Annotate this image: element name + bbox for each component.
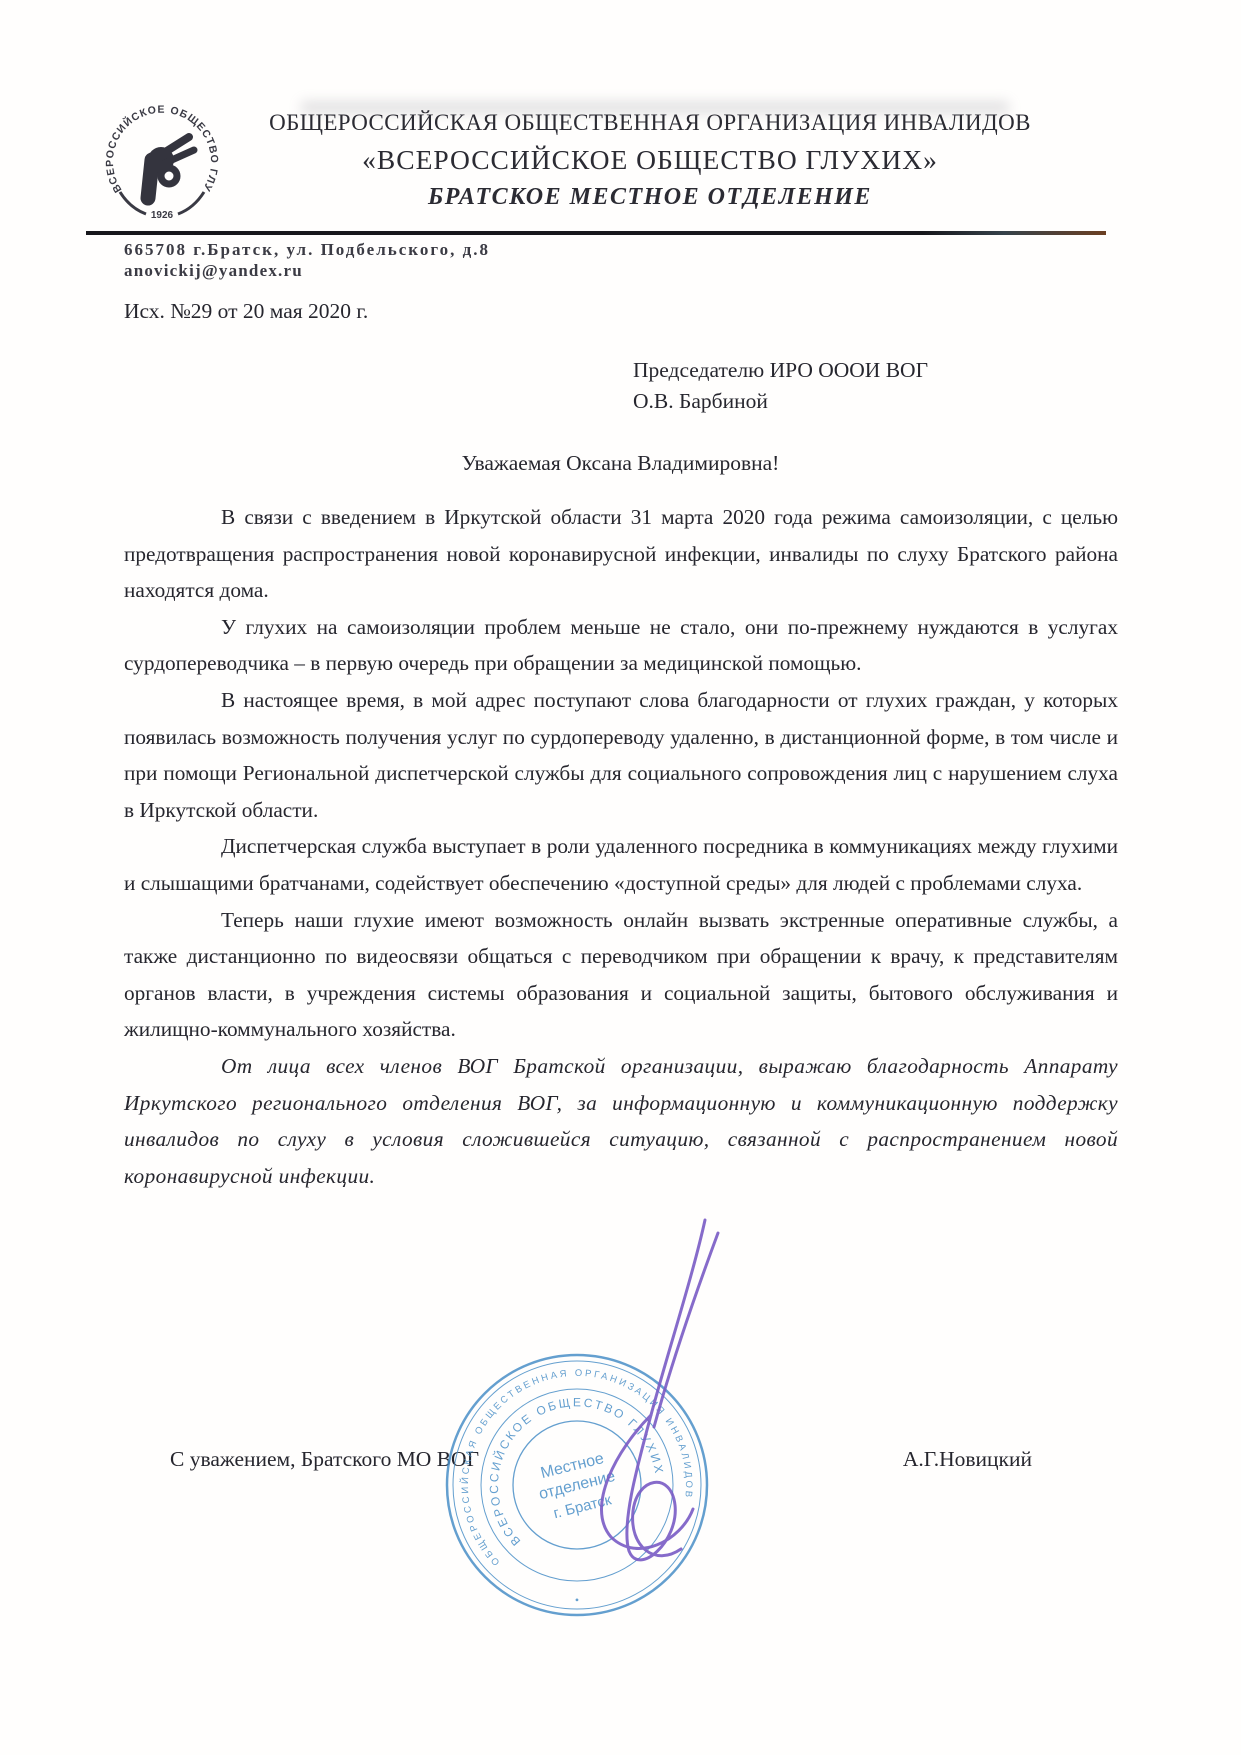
letterhead: ОБЩЕРОССИЙСКАЯ ОБЩЕСТВЕННАЯ ОРГАНИЗАЦИЯ … — [230, 110, 1070, 211]
org-email: anovickij@yandex.ru — [124, 260, 490, 281]
paragraph: Диспетчерская служба выступает в роли уд… — [124, 828, 1118, 901]
logo-laurel-right — [178, 192, 204, 214]
vog-logo-icon: ВСЕРОССИЙСКОЕ ОБЩЕСТВО ГЛУХИХ 1926 — [100, 96, 224, 226]
org-address: 665708 г.Братск, ул. Подбельского, д.8 — [124, 239, 490, 260]
paragraph-gratitude: От лица всех членов ВОГ Братской организ… — [124, 1048, 1118, 1194]
paragraph: В настоящее время, в мой адрес поступают… — [124, 682, 1118, 828]
paragraph: В связи с введением в Иркутской области … — [124, 499, 1118, 609]
recipient-block: Председателю ИРО ОООИ ВОГ О.В. Барбиной — [633, 355, 928, 416]
recipient-line-1: Председателю ИРО ОООИ ВОГ — [633, 355, 928, 386]
salutation: Уважаемая Оксана Владимировна! — [0, 451, 1241, 476]
letter-body: В связи с введением в Иркутской области … — [124, 499, 1118, 1194]
outgoing-ref: Исх. №29 от 20 мая 2020 г. — [124, 299, 368, 324]
recipient-line-2: О.В. Барбиной — [633, 386, 928, 417]
paragraph: Теперь наши глухие имеют возможность онл… — [124, 902, 1118, 1048]
stamp-separator: • — [575, 1593, 579, 1607]
closing-left: С уважением, Братского МО ВОГ — [170, 1447, 479, 1472]
org-name-line-1: ОБЩЕРОССИЙСКАЯ ОБЩЕСТВЕННАЯ ОРГАНИЗАЦИЯ … — [230, 110, 1070, 136]
org-contact-block: 665708 г.Братск, ул. Подбельского, д.8 a… — [124, 239, 490, 281]
paragraph: У глухих на самоизоляции проблем меньше … — [124, 609, 1118, 682]
hand-sign-icon — [148, 137, 194, 198]
signature-icon — [555, 1205, 835, 1595]
org-name-line-3: БРАТСКОЕ МЕСТНОЕ ОТДЕЛЕНИЕ — [230, 184, 1070, 211]
signatory-name: А.Г.Новицкий — [903, 1447, 1032, 1472]
org-name-line-2: «ВСЕРОССИЙСКОЕ ОБЩЕСТВО ГЛУХИХ» — [230, 144, 1070, 176]
header-rule — [86, 231, 1106, 235]
logo-year: 1926 — [151, 210, 174, 221]
scanned-letter-page: ВСЕРОССИЙСКОЕ ОБЩЕСТВО ГЛУХИХ 1926 ОБЩЕР… — [0, 0, 1241, 1755]
